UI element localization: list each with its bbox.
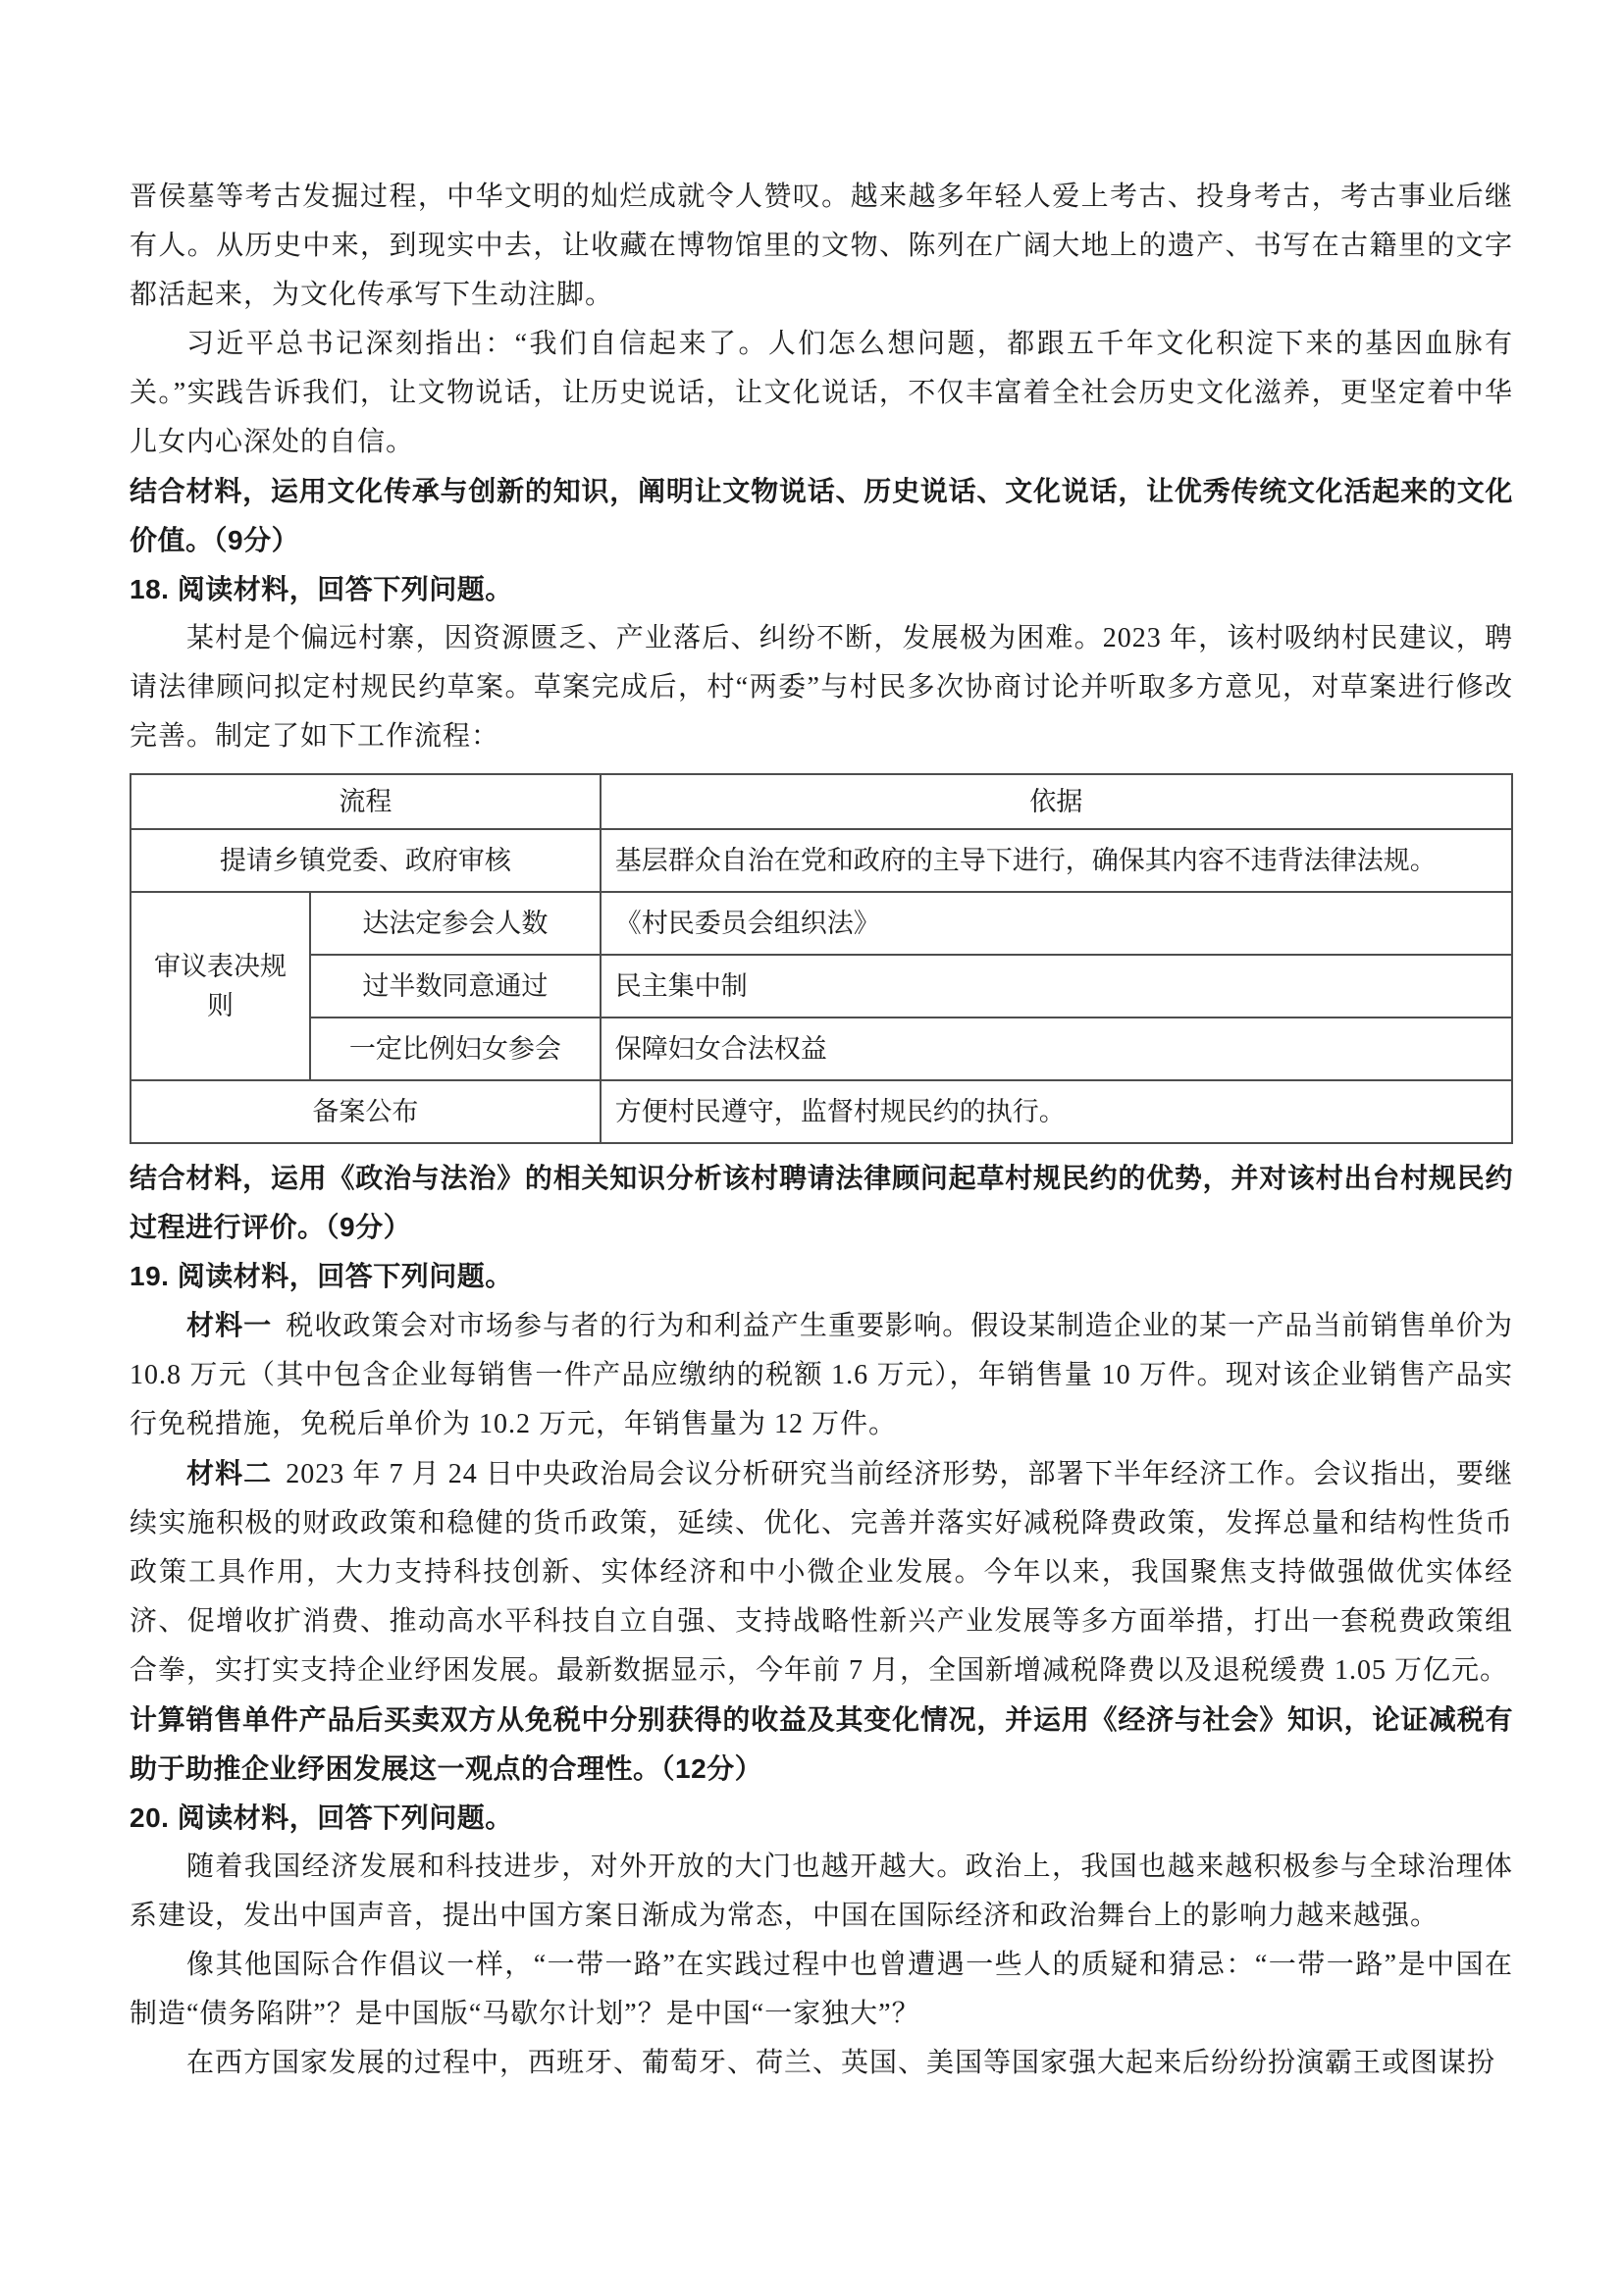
q19-question-prompt: 计算销售单件产品后买卖双方从免税中分别获得的收益及其变化情况，并运用《经济与社会… [130,1696,1513,1794]
workflow-table: 流程 依据 提请乡镇党委、政府审核 基层群众自治在党和政府的主导下进行，确保其内… [130,773,1513,1144]
table-cell-process: 达法定参会人数 [310,892,601,955]
table-cell-basis: 保障妇女合法权益 [601,1018,1512,1080]
q20-paragraph-1: 随着我国经济发展和科技进步，对外开放的大门也越开越大。政治上，我国也越来越积极参… [130,1843,1513,1941]
table-cell-basis: 《村民委员会组织法》 [601,892,1512,955]
q17-question-prompt: 结合材料，运用文化传承与创新的知识，阐明让文物说话、历史说话、文化说话，让优秀传… [130,467,1513,565]
material-1-text: 税收政策会对市场参与者的行为和利益产生重要影响。假设某制造企业的某一产品当前销售… [130,1311,1513,1439]
material-2-text: 2023 年 7 月 24 日中央政治局会议分析研究当前经济形势，部署下半年经济… [130,1459,1513,1686]
table-row: 提请乡镇党委、政府审核 基层群众自治在党和政府的主导下进行，确保其内容不违背法律… [131,829,1512,892]
q19-heading: 19. 阅读材料，回答下列问题。 [130,1252,1513,1301]
q20-paragraph-3: 在西方国家发展的过程中，西班牙、葡萄牙、荷兰、英国、美国等国家强大起来后纷纷扮演… [130,2039,1513,2088]
table-header-basis: 依据 [601,774,1512,829]
table-cell-process: 一定比例妇女参会 [310,1018,601,1080]
q17-material-paragraph-1: 晋侯墓等考古发掘过程，中华文明的灿烂成就令人赞叹。越来越多年轻人爱上考古、投身考… [130,173,1513,320]
table-header-process: 流程 [131,774,601,829]
q19-material-2: 材料二2023 年 7 月 24 日中央政治局会议分析研究当前经济形势，部署下半… [130,1449,1513,1696]
table-row: 备案公布 方便村民遵守，监督村规民约的执行。 [131,1080,1512,1143]
table-row: 过半数同意通过 民主集中制 [131,955,1512,1018]
q20-heading: 20. 阅读材料，回答下列问题。 [130,1794,1513,1843]
q18-heading: 18. 阅读材料，回答下列问题。 [130,565,1513,614]
q18-intro-paragraph: 某村是个偏远村寨，因资源匮乏、产业落后、纠纷不断，发展极为困难。2023 年，该… [130,614,1513,761]
table-cell-process: 提请乡镇党委、政府审核 [131,829,601,892]
q20-paragraph-2: 像其他国际合作倡议一样，“一带一路”在实践过程中也曾遭遇一些人的质疑和猜忌：“一… [130,1941,1513,2039]
table-cell-process: 备案公布 [131,1080,601,1143]
q18-question-prompt: 结合材料，运用《政治与法治》的相关知识分析该村聘请法律顾问起草村规民约的优势，并… [130,1154,1513,1252]
material-2-label: 材料二 [186,1458,272,1488]
table-row: 审议表决规则 达法定参会人数 《村民委员会组织法》 [131,892,1512,955]
table-cell-basis: 方便村民遵守，监督村规民约的执行。 [601,1080,1512,1143]
q19-material-1: 材料一税收政策会对市场参与者的行为和利益产生重要影响。假设某制造企业的某一产品当… [130,1301,1513,1449]
q17-material-paragraph-2: 习近平总书记深刻指出：“我们自信起来了。人们怎么想问题，都跟五千年文化积淀下来的… [130,320,1513,467]
table-cell-basis: 民主集中制 [601,955,1512,1018]
table-cell-process: 过半数同意通过 [310,955,601,1018]
page-content: 晋侯墓等考古发掘过程，中华文明的灿烂成就令人赞叹。越来越多年轻人爱上考古、投身考… [130,173,1513,2088]
table-cell-group: 审议表决规则 [131,892,310,1080]
table-header-row: 流程 依据 [131,774,1512,829]
material-1-label: 材料一 [186,1310,272,1340]
table-row: 一定比例妇女参会 保障妇女合法权益 [131,1018,1512,1080]
table-cell-basis: 基层群众自治在党和政府的主导下进行，确保其内容不违背法律法规。 [601,829,1512,892]
